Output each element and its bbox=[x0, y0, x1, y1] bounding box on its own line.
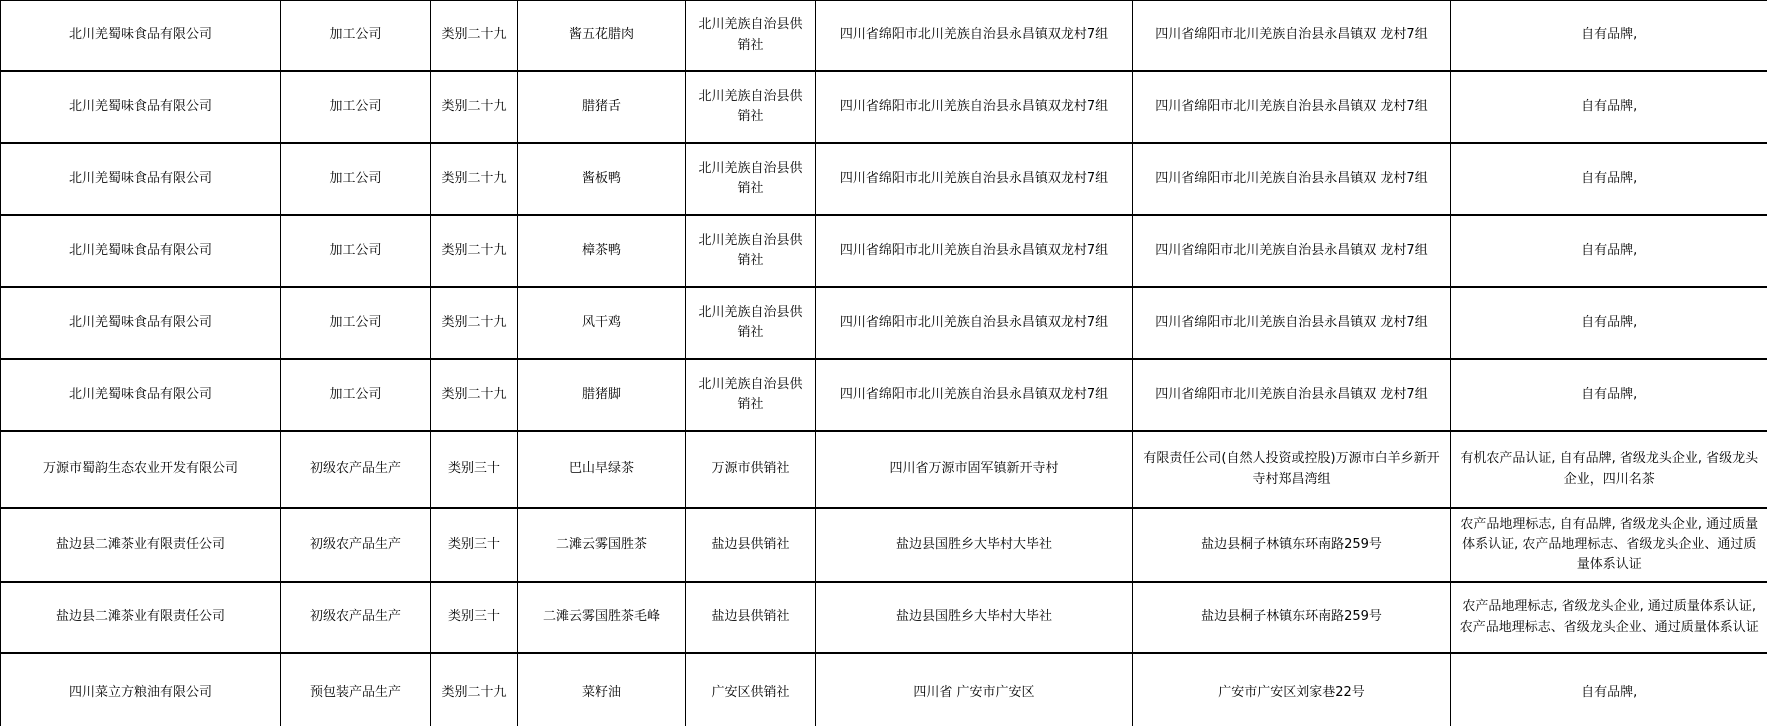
table-row: 万源市蜀韵生态农业开发有限公司初级农产品生产类别三十巴山早绿茶万源市供销社四川省… bbox=[1, 431, 1767, 508]
cell-production-address: 四川省万源市固军镇新开寺村 bbox=[816, 431, 1133, 508]
cell-production-address: 四川省绵阳市北川羌族自治县永昌镇双龙村7组 bbox=[816, 143, 1133, 215]
cell-brand-certifications: 有机农产品认证, 自有品牌, 省级龙头企业, 省级龙头企业，四川名茶 bbox=[1451, 431, 1767, 508]
cell-company-name: 北川羌蜀味食品有限公司 bbox=[1, 215, 281, 287]
cell-brand-certifications: 自有品牌, bbox=[1451, 287, 1767, 359]
cell-brand-certifications: 自有品牌, bbox=[1451, 0, 1767, 71]
cell-supply-cooperative: 北川羌族自治县供销社 bbox=[686, 0, 816, 71]
cell-supply-cooperative: 北川羌族自治县供销社 bbox=[686, 71, 816, 143]
table-row: 北川羌蜀味食品有限公司加工公司类别二十九风干鸡北川羌族自治县供销社四川省绵阳市北… bbox=[1, 287, 1767, 359]
table-row: 北川羌蜀味食品有限公司加工公司类别二十九酱板鸭北川羌族自治县供销社四川省绵阳市北… bbox=[1, 143, 1767, 215]
cell-registered-address: 四川省绵阳市北川羌族自治县永昌镇双 龙村7组 bbox=[1133, 143, 1451, 215]
cell-product-name: 腊猪脚 bbox=[518, 359, 686, 431]
cell-category: 类别二十九 bbox=[431, 287, 518, 359]
cell-company-name: 北川羌蜀味食品有限公司 bbox=[1, 287, 281, 359]
product-registry-table-view: 北川羌蜀味食品有限公司加工公司类别二十九酱五花腊肉北川羌族自治县供销社四川省绵阳… bbox=[0, 0, 1767, 726]
cell-category: 类别二十九 bbox=[431, 71, 518, 143]
cell-company-name: 北川羌蜀味食品有限公司 bbox=[1, 0, 281, 71]
cell-brand-certifications: 农产品地理标志, 自有品牌, 省级龙头企业, 通过质量体系认证, 农产品地理标志… bbox=[1451, 508, 1767, 582]
cell-company-type: 加工公司 bbox=[281, 71, 431, 143]
cell-supply-cooperative: 盐边县供销社 bbox=[686, 508, 816, 582]
cell-category: 类别三十 bbox=[431, 582, 518, 653]
cell-company-type: 初级农产品生产 bbox=[281, 431, 431, 508]
cell-supply-cooperative: 北川羌族自治县供销社 bbox=[686, 215, 816, 287]
table-row: 北川羌蜀味食品有限公司加工公司类别二十九腊猪舌北川羌族自治县供销社四川省绵阳市北… bbox=[1, 71, 1767, 143]
cell-registered-address: 盐边县桐子林镇东环南路259号 bbox=[1133, 582, 1451, 653]
cell-production-address: 四川省绵阳市北川羌族自治县永昌镇双龙村7组 bbox=[816, 287, 1133, 359]
cell-category: 类别三十 bbox=[431, 508, 518, 582]
cell-company-type: 预包装产品生产 bbox=[281, 653, 431, 726]
cell-brand-certifications: 自有品牌, bbox=[1451, 143, 1767, 215]
cell-production-address: 四川省绵阳市北川羌族自治县永昌镇双龙村7组 bbox=[816, 71, 1133, 143]
cell-category: 类别二十九 bbox=[431, 0, 518, 71]
cell-company-type: 初级农产品生产 bbox=[281, 508, 431, 582]
cell-registered-address: 有限责任公司(自然人投资或控股)万源市白羊乡新开寺村郑昌湾组 bbox=[1133, 431, 1451, 508]
cell-supply-cooperative: 广安区供销社 bbox=[686, 653, 816, 726]
cell-product-name: 酱五花腊肉 bbox=[518, 0, 686, 71]
cell-registered-address: 四川省绵阳市北川羌族自治县永昌镇双 龙村7组 bbox=[1133, 0, 1451, 71]
cell-registered-address: 四川省绵阳市北川羌族自治县永昌镇双 龙村7组 bbox=[1133, 287, 1451, 359]
table-row: 四川菜立方粮油有限公司预包装产品生产类别二十九菜籽油广安区供销社四川省 广安市广… bbox=[1, 653, 1767, 726]
cell-category: 类别二十九 bbox=[431, 653, 518, 726]
cell-product-name: 二滩云雾国胜茶 bbox=[518, 508, 686, 582]
table-row: 北川羌蜀味食品有限公司加工公司类别二十九腊猪脚北川羌族自治县供销社四川省绵阳市北… bbox=[1, 359, 1767, 431]
table-row: 盐边县二滩茶业有限责任公司初级农产品生产类别三十二滩云雾国胜茶毛峰盐边县供销社盐… bbox=[1, 582, 1767, 653]
cell-company-name: 盐边县二滩茶业有限责任公司 bbox=[1, 508, 281, 582]
cell-supply-cooperative: 万源市供销社 bbox=[686, 431, 816, 508]
cell-product-name: 酱板鸭 bbox=[518, 143, 686, 215]
cell-brand-certifications: 自有品牌, bbox=[1451, 359, 1767, 431]
cell-company-type: 初级农产品生产 bbox=[281, 582, 431, 653]
table-row: 北川羌蜀味食品有限公司加工公司类别二十九酱五花腊肉北川羌族自治县供销社四川省绵阳… bbox=[1, 0, 1767, 71]
cell-product-name: 风干鸡 bbox=[518, 287, 686, 359]
cell-company-type: 加工公司 bbox=[281, 0, 431, 71]
cell-company-name: 北川羌蜀味食品有限公司 bbox=[1, 71, 281, 143]
cell-production-address: 盐边县国胜乡大毕村大毕社 bbox=[816, 582, 1133, 653]
cell-company-type: 加工公司 bbox=[281, 287, 431, 359]
cell-product-name: 腊猪舌 bbox=[518, 71, 686, 143]
cell-brand-certifications: 自有品牌, bbox=[1451, 653, 1767, 726]
cell-product-name: 巴山早绿茶 bbox=[518, 431, 686, 508]
table-row: 盐边县二滩茶业有限责任公司初级农产品生产类别三十二滩云雾国胜茶盐边县供销社盐边县… bbox=[1, 508, 1767, 582]
cell-company-name: 北川羌蜀味食品有限公司 bbox=[1, 143, 281, 215]
cell-company-name: 万源市蜀韵生态农业开发有限公司 bbox=[1, 431, 281, 508]
cell-product-name: 二滩云雾国胜茶毛峰 bbox=[518, 582, 686, 653]
cell-company-name: 北川羌蜀味食品有限公司 bbox=[1, 359, 281, 431]
cell-production-address: 四川省绵阳市北川羌族自治县永昌镇双龙村7组 bbox=[816, 359, 1133, 431]
table-body: 北川羌蜀味食品有限公司加工公司类别二十九酱五花腊肉北川羌族自治县供销社四川省绵阳… bbox=[1, 0, 1767, 726]
cell-category: 类别二十九 bbox=[431, 215, 518, 287]
cell-registered-address: 四川省绵阳市北川羌族自治县永昌镇双 龙村7组 bbox=[1133, 71, 1451, 143]
cell-supply-cooperative: 盐边县供销社 bbox=[686, 582, 816, 653]
cell-company-type: 加工公司 bbox=[281, 215, 431, 287]
cell-brand-certifications: 农产品地理标志, 省级龙头企业, 通过质量体系认证, 农产品地理标志、省级龙头企… bbox=[1451, 582, 1767, 653]
cell-registered-address: 盐边县桐子林镇东环南路259号 bbox=[1133, 508, 1451, 582]
cell-company-name: 四川菜立方粮油有限公司 bbox=[1, 653, 281, 726]
cell-brand-certifications: 自有品牌, bbox=[1451, 215, 1767, 287]
cell-registered-address: 四川省绵阳市北川羌族自治县永昌镇双 龙村7组 bbox=[1133, 359, 1451, 431]
cell-product-name: 樟茶鸭 bbox=[518, 215, 686, 287]
cell-production-address: 四川省绵阳市北川羌族自治县永昌镇双龙村7组 bbox=[816, 215, 1133, 287]
cell-production-address: 四川省绵阳市北川羌族自治县永昌镇双龙村7组 bbox=[816, 0, 1133, 71]
cell-company-name: 盐边县二滩茶业有限责任公司 bbox=[1, 582, 281, 653]
cell-company-type: 加工公司 bbox=[281, 359, 431, 431]
cell-product-name: 菜籽油 bbox=[518, 653, 686, 726]
cell-production-address: 四川省 广安市广安区 bbox=[816, 653, 1133, 726]
product-registry-table: 北川羌蜀味食品有限公司加工公司类别二十九酱五花腊肉北川羌族自治县供销社四川省绵阳… bbox=[0, 0, 1767, 726]
cell-registered-address: 四川省绵阳市北川羌族自治县永昌镇双 龙村7组 bbox=[1133, 215, 1451, 287]
cell-supply-cooperative: 北川羌族自治县供销社 bbox=[686, 143, 816, 215]
cell-supply-cooperative: 北川羌族自治县供销社 bbox=[686, 287, 816, 359]
cell-brand-certifications: 自有品牌, bbox=[1451, 71, 1767, 143]
cell-company-type: 加工公司 bbox=[281, 143, 431, 215]
cell-category: 类别三十 bbox=[431, 431, 518, 508]
cell-category: 类别二十九 bbox=[431, 143, 518, 215]
cell-supply-cooperative: 北川羌族自治县供销社 bbox=[686, 359, 816, 431]
cell-category: 类别二十九 bbox=[431, 359, 518, 431]
cell-production-address: 盐边县国胜乡大毕村大毕社 bbox=[816, 508, 1133, 582]
cell-registered-address: 广安市广安区刘家巷22号 bbox=[1133, 653, 1451, 726]
table-row: 北川羌蜀味食品有限公司加工公司类别二十九樟茶鸭北川羌族自治县供销社四川省绵阳市北… bbox=[1, 215, 1767, 287]
